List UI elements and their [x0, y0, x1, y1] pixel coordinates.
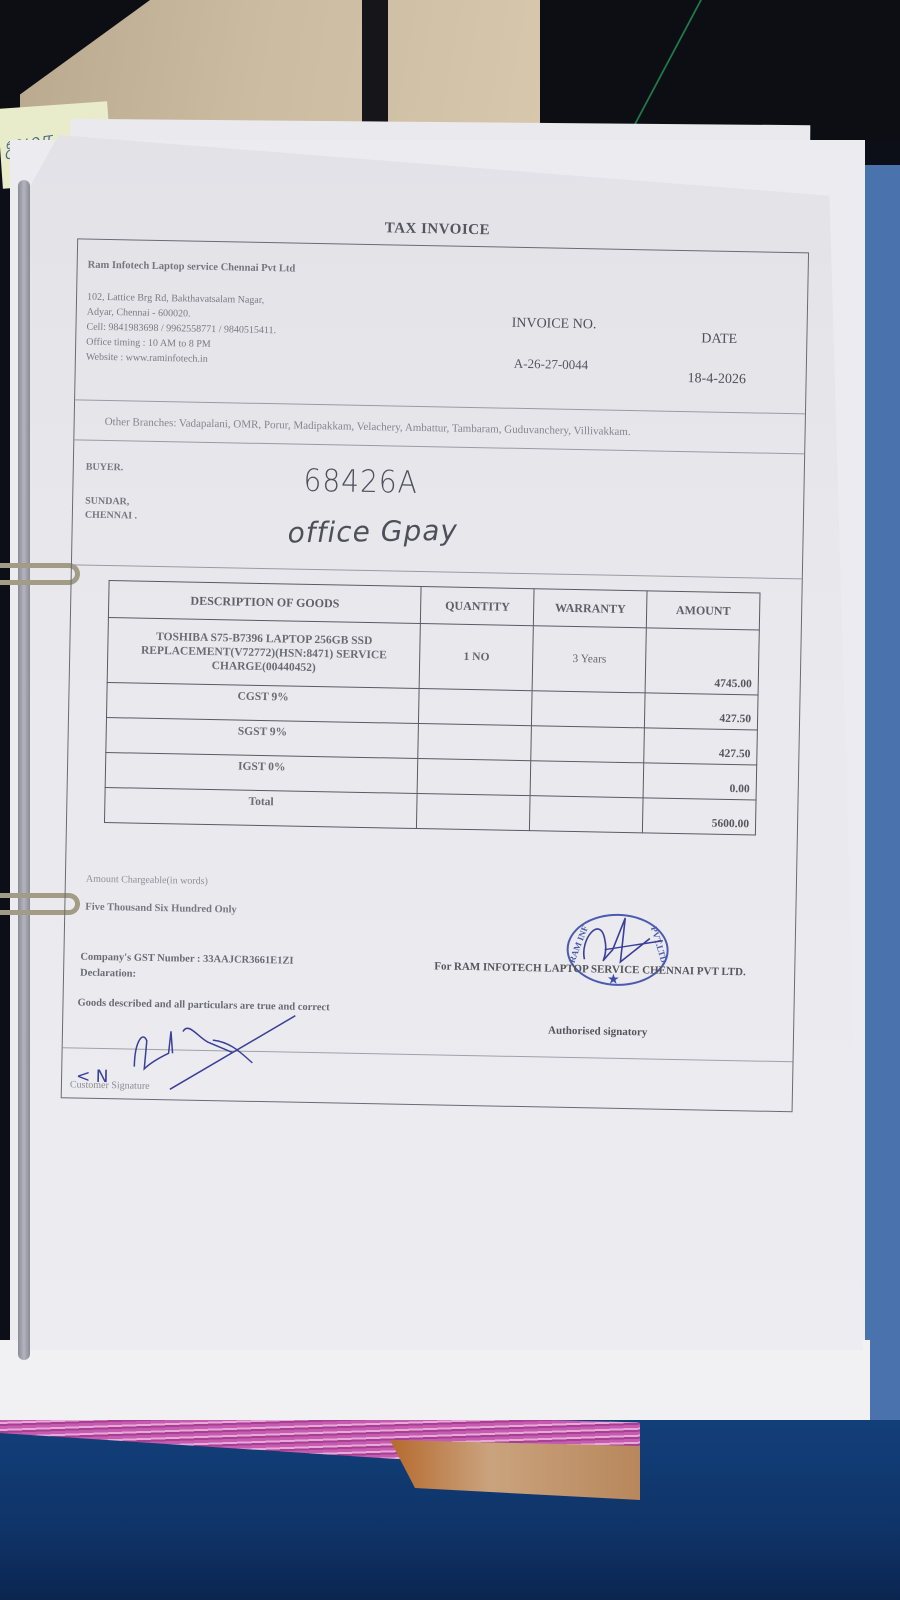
background-pole: [362, 0, 388, 130]
signature-ink-icon: < N: [62, 239, 808, 1111]
invoice-frame: Ram Infotech Laptop service Chennai Pvt …: [61, 238, 809, 1112]
svg-text:< N: < N: [76, 1067, 109, 1088]
paper-under-sheet-2: [0, 1340, 870, 1420]
tax-invoice: TAX INVOICE Ram Infotech Laptop service …: [41, 196, 818, 1110]
binder-spine: [18, 180, 30, 1360]
